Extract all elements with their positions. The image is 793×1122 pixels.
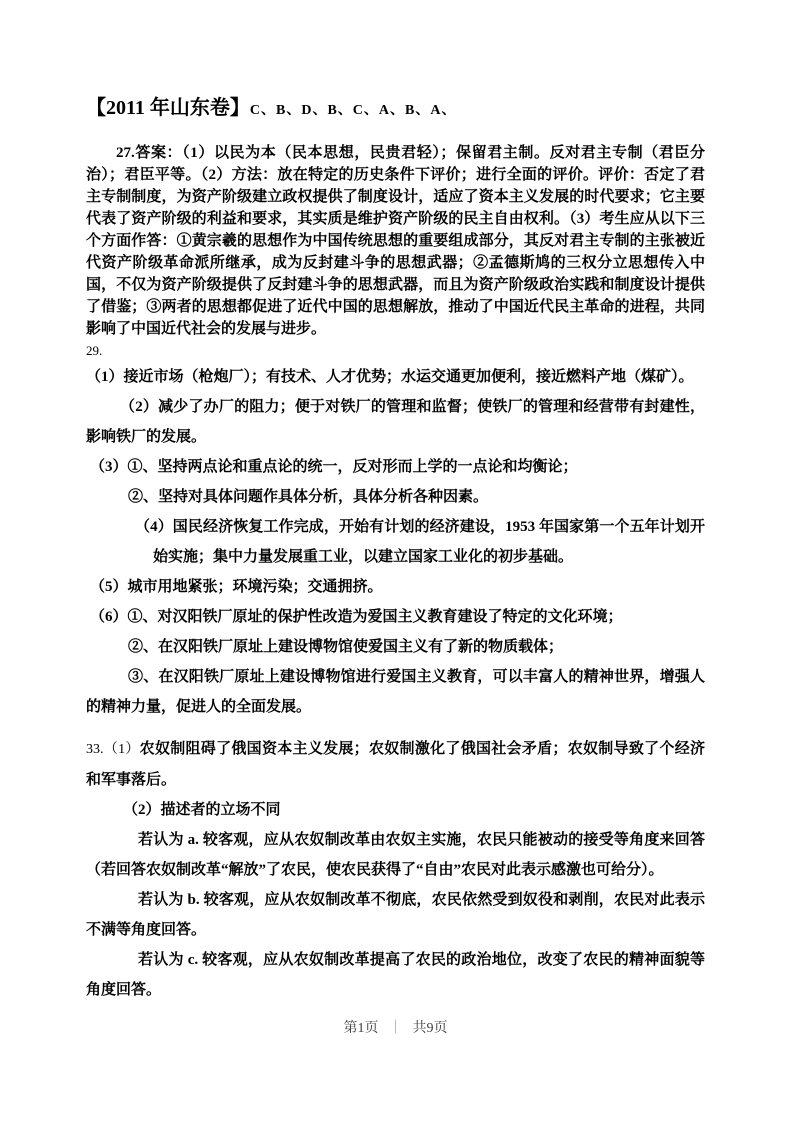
- answer-29-part-5: （5）城市用地紧张；环境污染；交通拥挤。: [86, 572, 705, 602]
- answer-29-part-6-item-1: （6）①、对汉阳铁厂原址的保护性改造为爱国主义教育建设了特定的文化环境；: [86, 602, 705, 632]
- answer-29-part-6-item-2: ②、在汉阳铁厂原址上建设博物馆使爱国主义有了新的物质载体；: [86, 632, 705, 662]
- exam-choice-answers: C、B、D、B、C、A、B、A、: [250, 103, 457, 118]
- answer-29-part-2: （2）减少了办厂的阻力；便于对铁厂的管理和监督；使铁厂的管理和经营带有封建性，影…: [86, 392, 705, 452]
- answer-29-part-6-item-3: ③、在汉阳铁厂原址上建设博物馆进行爱国主义教育，可以丰富人的精神世界，增强人的精…: [86, 662, 705, 722]
- answer-paragraph-33-1: 33.（1）农奴制阻碍了俄国资本主义发展；农奴制激化了俄国社会矛盾；农奴制导致了…: [86, 734, 705, 795]
- answer-33-option-a: 若认为 a. 较客观，应从农奴制改革由农奴主实施，农民只能被动的接受等角度来回答…: [86, 825, 705, 885]
- answer-33-body: 农奴制阻碍了俄国资本主义发展；农奴制激化了俄国社会矛盾；农奴制导致了个经济和军事…: [86, 741, 705, 788]
- answer-33-number: 33.（1）: [86, 742, 140, 757]
- answer-29-part-1: （1）接近市场（枪炮厂）；有技术、人才优势；水运交通更加便利，接近燃料产地（煤矿…: [86, 362, 705, 392]
- footer-separator: ｜: [379, 1021, 413, 1036]
- exam-title-bracket: 【2011 年山东卷】: [86, 97, 250, 119]
- answer-paragraph-27: 27.答案：（1）以民为本（民本思想，民贵君轻）；保留君主制。反对君主专制（君臣…: [86, 142, 705, 340]
- answer-29-part-4: （4）国民经济恢复工作完成，开始有计划的经济建设，1953 年国家第一个五年计划…: [86, 512, 705, 572]
- answer-29-part-3-item-2: ②、坚持对具体问题作具体分析，具体分析各种因素。: [86, 482, 705, 512]
- answer-33-option-b: 若认为 b. 较客观，应从农奴制改革不彻底，农民依然受到奴役和剥削，农民对此表示…: [86, 885, 705, 945]
- page-footer: 第1页｜共9页: [86, 1019, 705, 1039]
- question-number-29: 29.: [86, 340, 705, 362]
- answer-29-part-3-item-1: （3）①、坚持两点论和重点论的统一，反对形而上学的一点论和均衡论；: [86, 452, 705, 482]
- total-pages-label: 共9页: [413, 1021, 448, 1036]
- answer-33-option-c: 若认为 c. 较客观，应从农奴制改革提高了农民的政治地位，改变了农民的精神面貌等…: [86, 945, 705, 1005]
- document-page: 【2011 年山东卷】C、B、D、B、C、A、B、A、 27.答案：（1）以民为…: [0, 0, 793, 1122]
- answer-33-part-2: （2）描述者的立场不同: [86, 795, 705, 825]
- exam-title: 【2011 年山东卷】C、B、D、B、C、A、B、A、: [86, 93, 705, 126]
- current-page-label: 第1页: [344, 1021, 379, 1036]
